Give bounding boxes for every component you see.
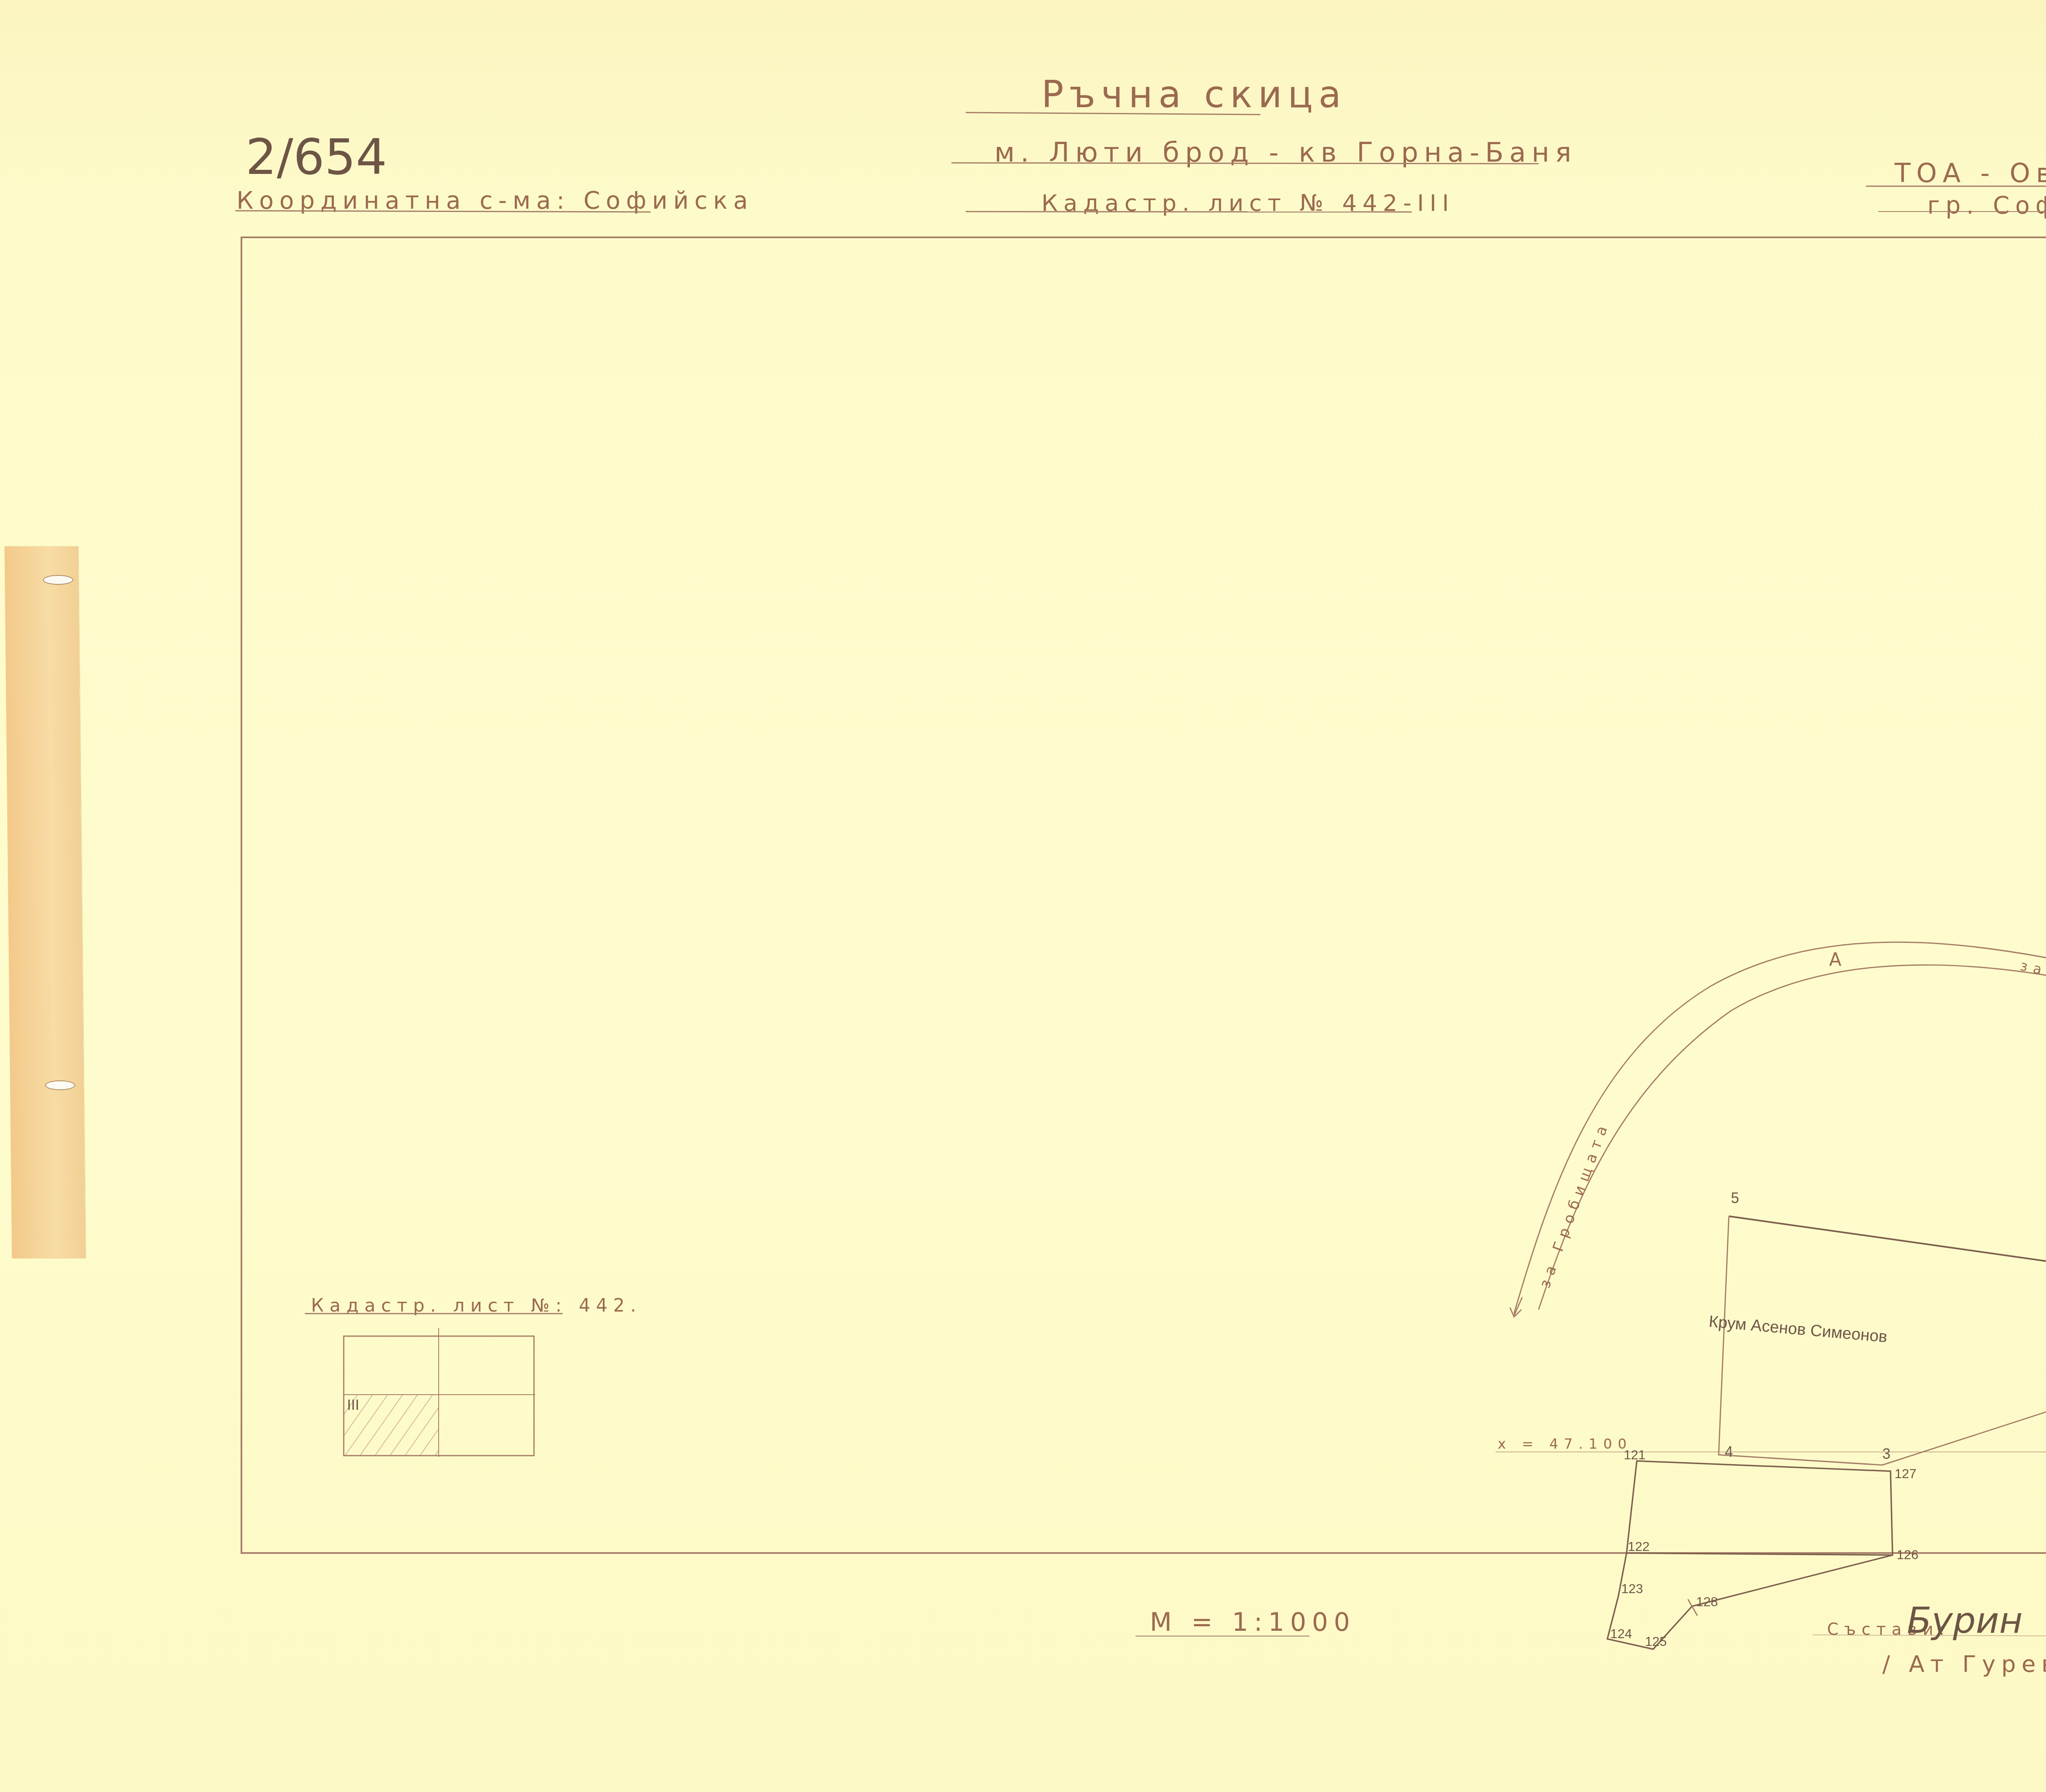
point-label-121: 121 (1624, 1447, 1645, 1462)
grid-coordinate: x = 47.100 (1498, 1436, 1632, 1452)
sketch-canvas: 2/654 Координатна с-ма: Софийска Ръчна с… (0, 0, 2046, 1792)
point-label-127: 127 (1895, 1466, 1916, 1481)
locality-underline (951, 163, 1539, 164)
coordinate-system-label: Координатна с-ма: Софийска (237, 187, 753, 214)
parcel-boundary-east (1882, 1273, 2046, 1465)
city-label: гр. София (1927, 192, 2046, 219)
road-edge-inner (1539, 965, 2046, 1310)
point-label-122: 122 (1628, 1539, 1649, 1554)
map-frame (241, 237, 2046, 1553)
point-label-123: 123 (1621, 1581, 1643, 1596)
owner-name: Крум Асенов Симеонов (1708, 1312, 1888, 1346)
sketch-title: Ръчна скица (1041, 73, 1347, 116)
inset-title: Кадастр. лист №: 442. (311, 1295, 642, 1316)
archive-number: 2/654 (246, 129, 387, 186)
scale-label: М = 1:1000 (1150, 1607, 1356, 1637)
point-label-3: 3 (1882, 1445, 1891, 1462)
subparcel-upper (1627, 1461, 1893, 1555)
compiled-by-signature: Бурин (1907, 1599, 2023, 1641)
point-label-126: 126 (1897, 1547, 1918, 1562)
office-label: ТОА - Овча Купел (1894, 158, 2046, 189)
point-label-125: 125 (1645, 1634, 1667, 1649)
road-label-a: А (1829, 949, 1847, 970)
parcel-boundary-north (1729, 1216, 2046, 1273)
inset-quadrant-label: III (347, 1397, 359, 1413)
road-direction-east: за Горна Баня (2019, 958, 2046, 1011)
compiled-by-name: / Ат Гурев / (1882, 1651, 2046, 1677)
point-label-5: 5 (1731, 1190, 1739, 1206)
point-label-128: 128 (1696, 1594, 1718, 1609)
cadastral-sheet-underline (966, 212, 1412, 212)
point-label-124: 124 (1610, 1626, 1632, 1641)
